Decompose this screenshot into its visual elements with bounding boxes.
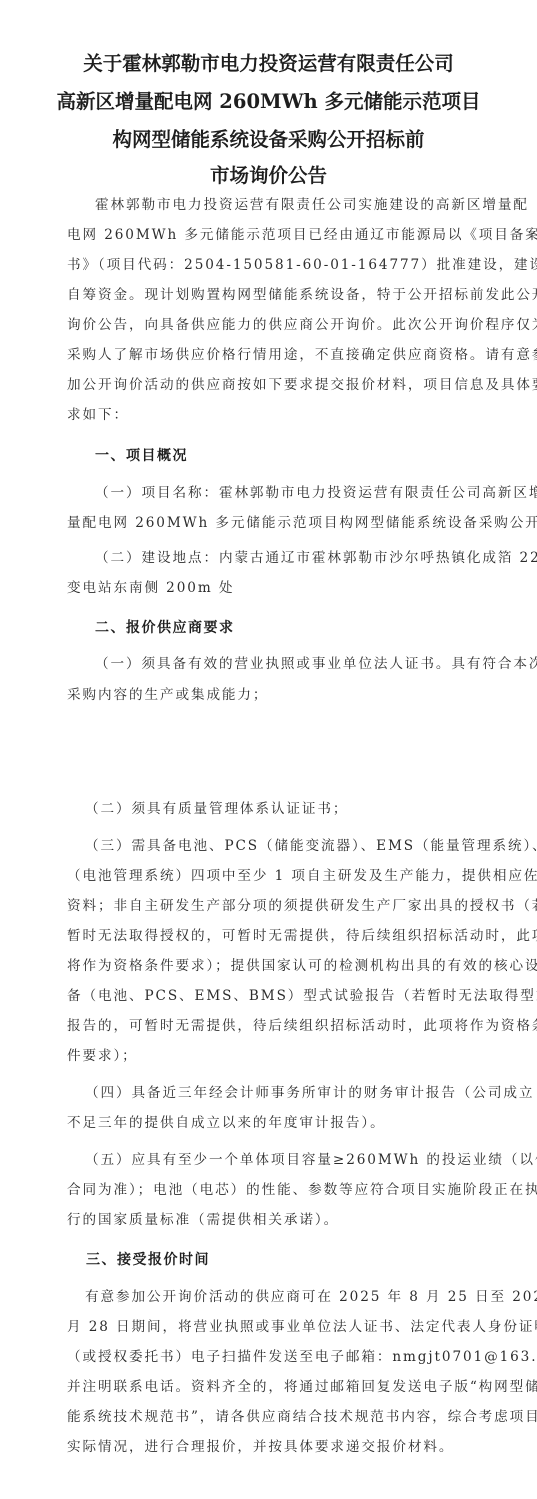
title-line-2: 高新区增量配电网 260MWh 多元储能示范项目 — [0, 86, 537, 114]
title-line-1: 关于霍林郭勒市电力投资运营有限责任公司 — [0, 48, 537, 76]
requirement-1-line: （一）须具备有效的营业执照或事业单位法人证书。具有符合本次 — [95, 655, 500, 673]
requirement-5-line: 合同为准）；电池（电芯）的性能、参数等应符合项目实施阶段正在执 — [67, 1181, 472, 1199]
intro-line: 霍林郭勒市电力投资运营有限责任公司实施建设的高新区增量配 — [95, 196, 500, 214]
requirement-3-line: 备（电池、PCS、EMS、BMS）型式试验报告（若暂时无法取得型式试验 — [67, 987, 472, 1005]
document-page: 关于霍林郭勒市电力投资运营有限责任公司 高新区增量配电网 260MWh 多元储能… — [0, 0, 537, 1499]
location-line: （二）建设地点：内蒙古通辽市霍林郭勒市沙尔呼热镇化成箔 220kV — [95, 549, 500, 567]
requirement-3-line: 报告的，可暂时无需提供，待后续组织招标活动时，此项将作为资格条 — [67, 1017, 472, 1035]
requirement-3-line: 暂时无法取得授权的，可暂时无需提供，待后续组织招标活动时，此项 — [67, 927, 472, 945]
project-name-line: （一）项目名称：霍林郭勒市电力投资运营有限责任公司高新区增 — [95, 484, 500, 502]
title-line-3: 构网型储能系统设备采购公开招标前 — [0, 124, 537, 152]
location-line: 变电站东南侧 200m 处 — [67, 579, 472, 597]
requirement-5-line: 行的国家质量标准（需提供相关承诺）。 — [67, 1211, 472, 1229]
quotation-time-line: 并注明联系电话。资料齐全的，将通过邮箱回复发送电子版“构网型储 — [67, 1378, 472, 1396]
section-heading-supplier-requirements: 二、报价供应商要求 — [95, 617, 235, 637]
requirement-2-line: （二）须具有质量管理体系认证证书； — [85, 800, 490, 818]
project-name-line: 量配电网 260MWh 多元储能示范项目构网型储能系统设备采购公开询价 — [67, 514, 472, 532]
quotation-time-line: 能系统技术规范书”，请各供应商结合技术规范书内容，综合考虑项目 — [67, 1408, 472, 1426]
intro-line: 询价公告，向具备供应能力的供应商公开询价。此次公开询价程序仅为 — [67, 316, 472, 334]
intro-line: 加公开询价活动的供应商按如下要求提交报价材料，项目信息及具体要 — [67, 376, 472, 394]
requirement-1-line: 采购内容的生产或集成能力； — [67, 686, 472, 704]
section-heading-quotation-time: 三、接受报价时间 — [86, 1249, 210, 1269]
requirement-5-line: （五）应具有至少一个单体项目容量≥260MWh 的投运业绩（以供货 — [85, 1151, 490, 1169]
quotation-time-line: （或授权委托书）电子扫描件发送至电子邮箱：nmgjt0701@163.com， — [67, 1348, 472, 1366]
quotation-time-line: 实际情况，进行合理报价，并按具体要求递交报价材料。 — [67, 1438, 472, 1456]
requirement-3-line: （电池管理系统）四项中至少 1 项自主研发及生产能力，提供相应佐证 — [67, 867, 472, 885]
requirement-3-line: 将作为资格条件要求）；提供国家认可的检测机构出具的有效的核心设 — [67, 957, 472, 975]
intro-line: 求如下： — [67, 406, 472, 424]
requirement-3-line: 资料；非自主研发生产部分项的须提供研发生产厂家出具的授权书（若 — [67, 897, 472, 915]
requirement-4-line: 不足三年的提供自成立以来的年度审计报告）。 — [67, 1114, 472, 1132]
requirement-3-line: 件要求）； — [67, 1047, 472, 1065]
intro-line: 采购人了解市场供应价格行情用途，不直接确定供应商资格。请有意参 — [67, 346, 472, 364]
quotation-time-line: 有意参加公开询价活动的供应商可在 2025 年 8 月 25 日至 2025 年… — [85, 1288, 490, 1306]
intro-line: 电网 260MWh 多元储能示范项目已经由通辽市能源局以《项目备案告知 — [67, 226, 472, 244]
intro-line: 自筹资金。现计划购置构网型储能系统设备，特于公开招标前发此公开 — [67, 286, 472, 304]
quotation-time-line: 月 28 日期间，将营业执照或事业单位法人证书、法定代表人身份证明 — [67, 1318, 472, 1336]
requirement-4-line: （四）具备近三年经会计师事务所审计的财务审计报告（公司成立 — [85, 1084, 490, 1102]
intro-line: 书》（项目代码：2504-150581-60-01-164777）批准建设，建设… — [67, 256, 472, 274]
section-heading-project-overview: 一、项目概况 — [95, 445, 188, 465]
requirement-3-line: （三）需具备电池、PCS（储能变流器）、EMS（能量管理系统）、BMS — [85, 837, 490, 855]
title-line-4: 市场询价公告 — [0, 160, 537, 188]
